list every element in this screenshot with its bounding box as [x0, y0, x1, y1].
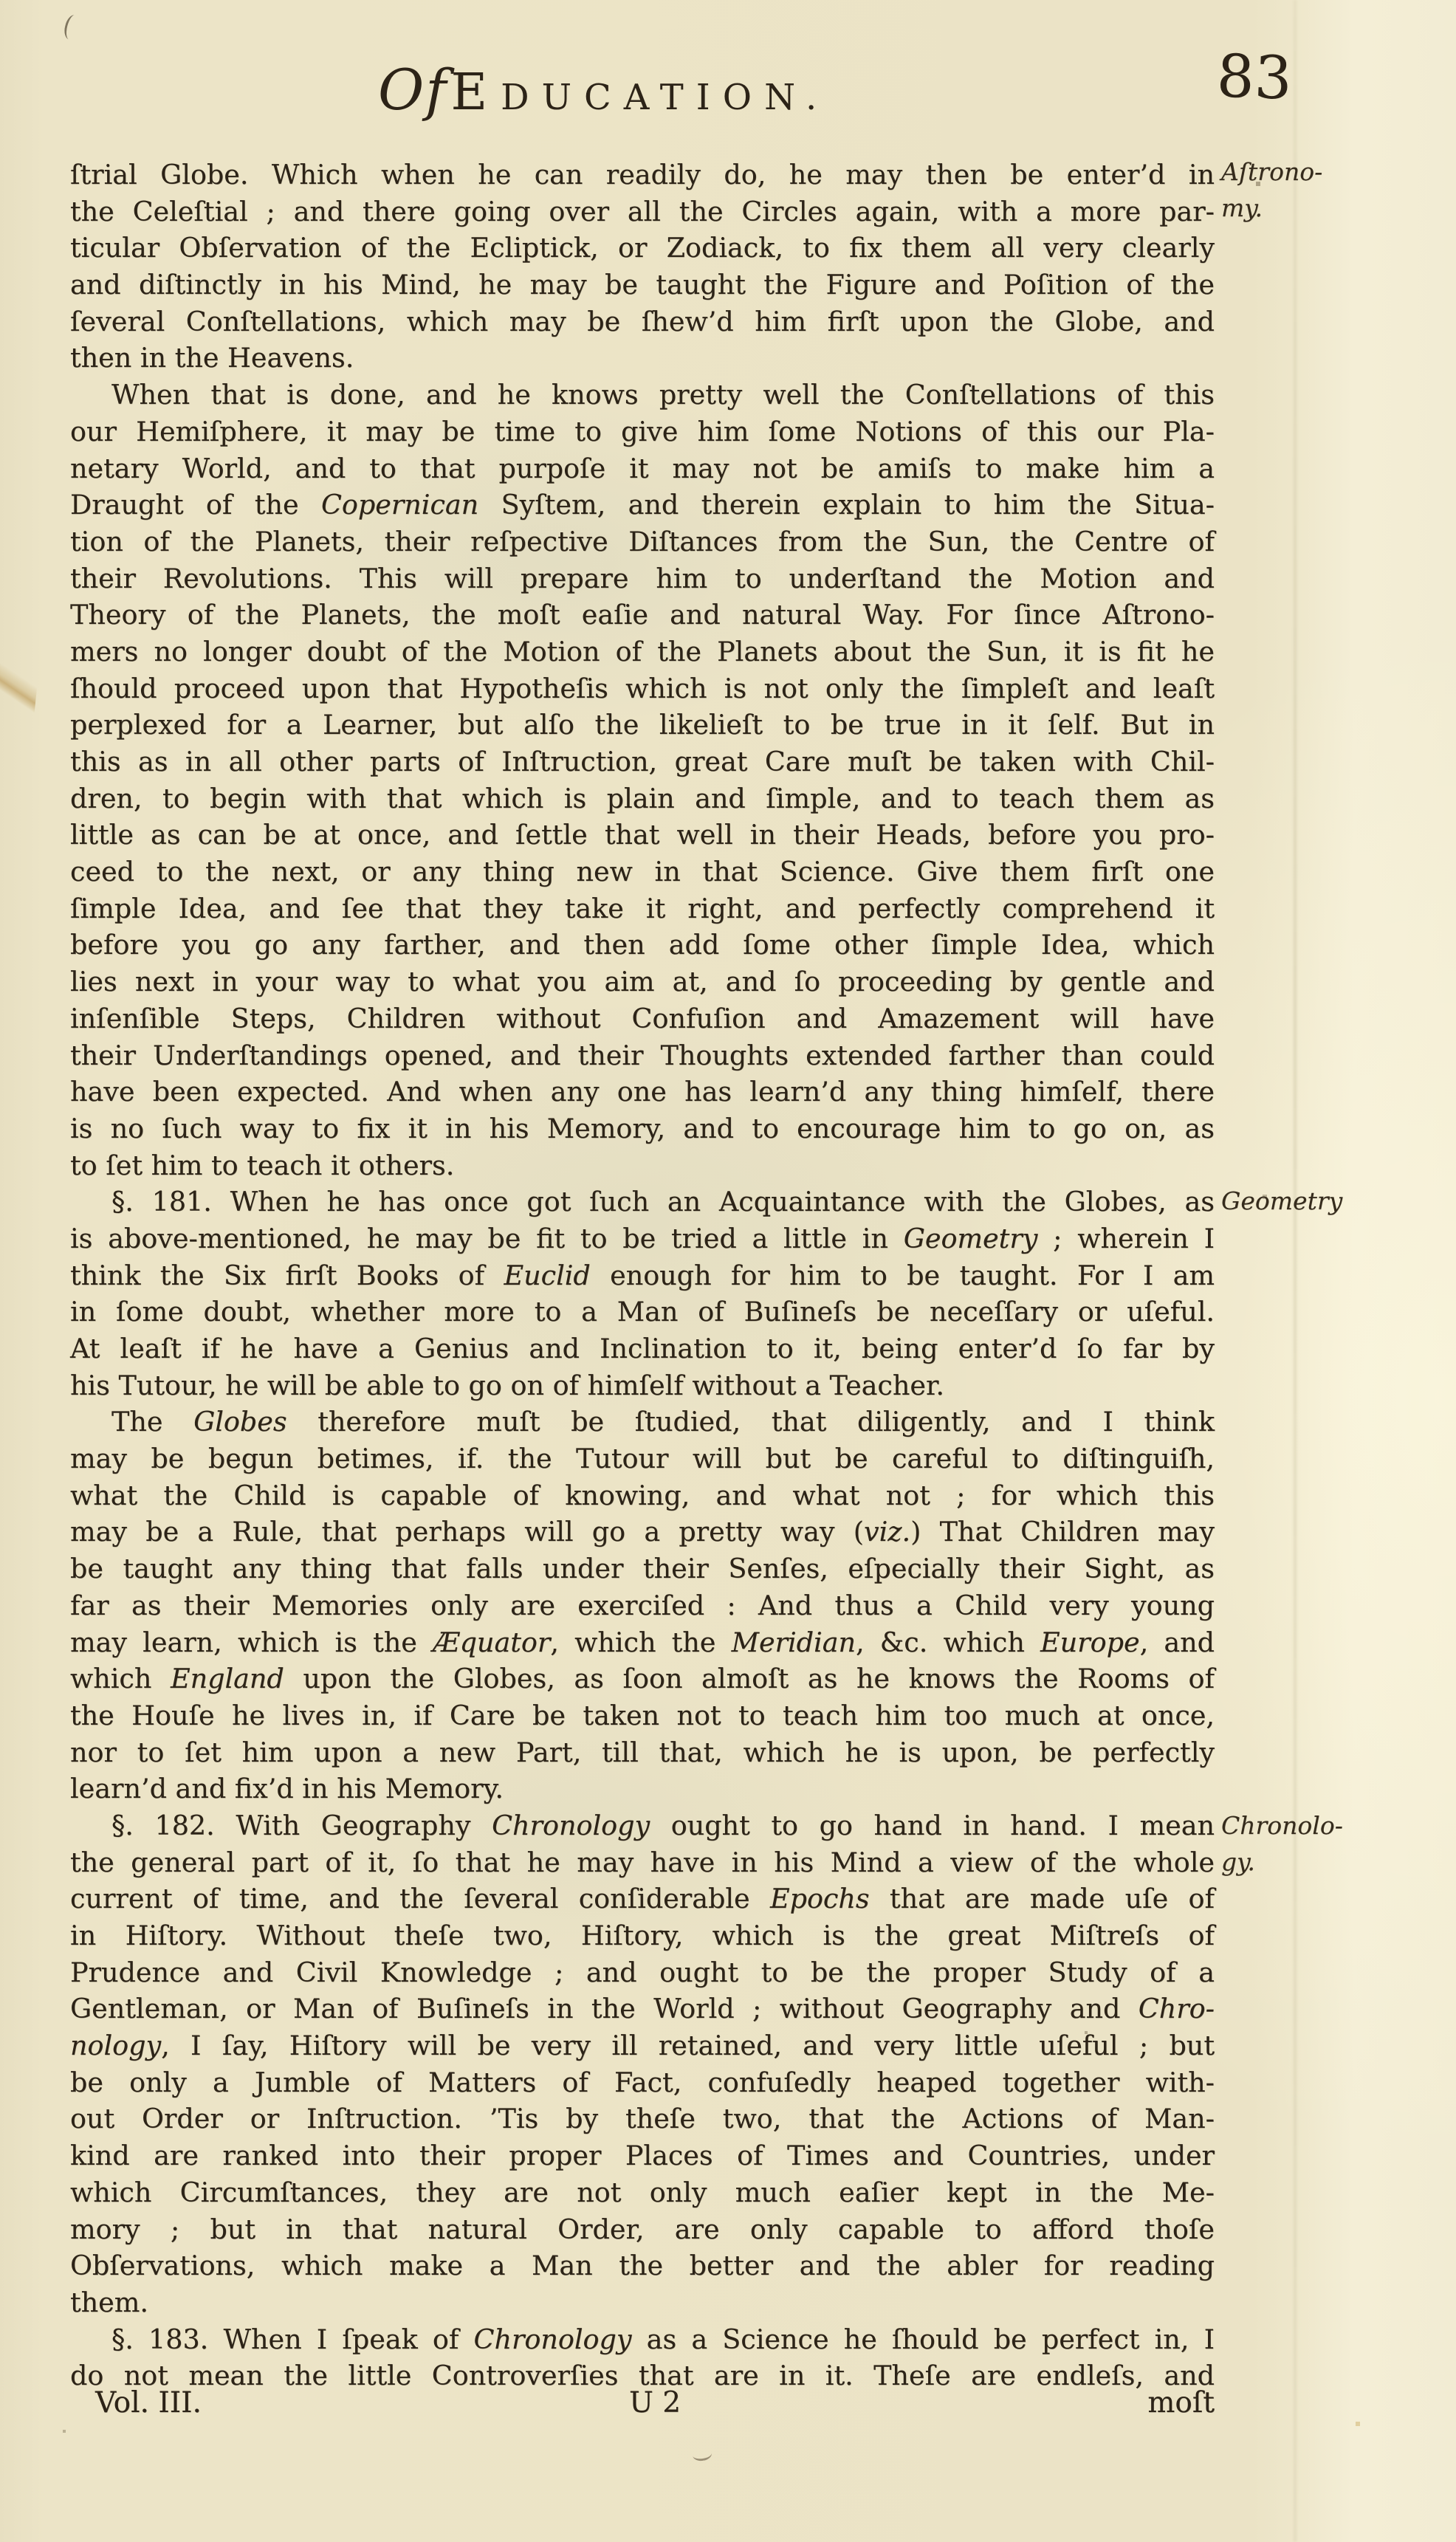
text: think the Six firſt Books of [70, 1260, 504, 1291]
text: is above-mentioned, he may be fit to be … [70, 1223, 904, 1254]
italic-text: viz. [864, 1516, 910, 1547]
margin-note-line: gy. [1221, 1844, 1443, 1880]
body-line: in ſome doubt, whether more to a Man of … [70, 1294, 1215, 1330]
text: perplexed for a Learner, but alſo the li… [70, 709, 1215, 741]
text: which [70, 1663, 171, 1694]
text: dren, to begin with that which is plain … [70, 783, 1215, 814]
text: , &c. which [856, 1626, 1040, 1658]
body-line: nor to ſet him upon a new Part, till tha… [70, 1734, 1215, 1771]
body-line: which England upon the Globes, as ſoon a… [70, 1660, 1215, 1697]
body-line: is above-mentioned, he may be fit to be … [70, 1220, 1215, 1257]
text: is no ſuch way to fix it in his Memory, … [70, 1113, 1215, 1144]
text: have been expected. And when any one has… [70, 1076, 1215, 1107]
italic-text: England [171, 1663, 284, 1694]
text: Theory of the Planets, the moſt eaſie an… [70, 599, 1215, 631]
body-line: may learn, which is the Æquator, which t… [70, 1624, 1215, 1661]
catchword: moſt [842, 2386, 1215, 2419]
margin-note: Aſtrono-my. [1221, 154, 1443, 226]
text: enough for him to be taught. For I am [591, 1260, 1215, 1291]
body-line: Draught of the Copernican Syſtem, and th… [70, 487, 1215, 523]
italic-text: Chronology [474, 2323, 632, 2355]
body-line: §. 182. With Geography Chronology ought … [70, 1807, 1215, 1844]
text: his Tutour, he will be able to go on of … [70, 1370, 944, 1401]
text: nor to ſet him upon a new Part, till tha… [70, 1737, 1215, 1768]
signature-mark: U 2 [468, 2386, 841, 2419]
text: Syſtem, and therein explain to him the S… [478, 489, 1215, 521]
text: netary World, and to that purpoſe it may… [70, 453, 1215, 484]
body-line: think the Six firſt Books of Euclid enou… [70, 1257, 1215, 1294]
text: ſhould proceed upon that Hypotheſis whic… [70, 673, 1215, 704]
text: therefore muſt be ſtudied, that diligent… [287, 1406, 1215, 1437]
body-line: mers no longer doubt of the Motion of th… [70, 633, 1215, 670]
text: tion of the Planets, their reſpective Di… [70, 526, 1215, 557]
text: our Hemiſphere, it may be time to give h… [70, 416, 1215, 447]
text: little as can be at once, and ſettle tha… [70, 819, 1215, 851]
text: lies next in your way to what you aim at… [70, 966, 1215, 997]
margin-note-line: Chronolo- [1221, 1807, 1443, 1844]
body-line: little as can be at once, and ſettle tha… [70, 817, 1215, 853]
body-line: kind are ranked into their proper Places… [70, 2137, 1215, 2174]
text: out Order or Inſtruction. ’Tis by theſe … [70, 2103, 1215, 2134]
text: what the Child is capable of knowing, an… [70, 1480, 1215, 1511]
body-line: in Hiſtory. Without theſe two, Hiſtory, … [70, 1917, 1215, 1954]
italic-text: Globes [193, 1406, 287, 1437]
body-line: When that is done, and he knows pretty w… [70, 377, 1215, 413]
body-line: what the Child is capable of knowing, an… [70, 1477, 1215, 1514]
body-line: be taught any thing that falls under the… [70, 1550, 1215, 1587]
text: that are made uſe of [870, 1883, 1215, 1914]
text: learn’d and fix’d in his Memory. [70, 1773, 504, 1804]
text: may be begun betimes, if. the Tutour wil… [70, 1443, 1215, 1474]
body-line: ſhould proceed upon that Hypotheſis whic… [70, 670, 1215, 707]
body-line: Theory of the Planets, the moſt eaſie an… [70, 597, 1215, 633]
body-line: Gentleman, or Man of Buſineſs in the Wor… [70, 1990, 1215, 2027]
body-line: his Tutour, he will be able to go on of … [70, 1367, 1215, 1404]
text: them. [70, 2287, 148, 2318]
text: inſenſible Steps, Children without Confu… [70, 1003, 1215, 1034]
body-line: ticular Obſervation of the Ecliptick, or… [70, 230, 1215, 267]
body-line: them. [70, 2284, 1215, 2321]
text: mers no longer doubt of the Motion of th… [70, 636, 1215, 667]
volume-label: Vol. III. [70, 2386, 468, 2419]
text: then in the Heavens. [70, 342, 354, 374]
text: §. 182. With Geography [111, 1810, 492, 1841]
page-crease [1294, 0, 1297, 2542]
body-line: ſeveral Conſtellations, which may be ſhe… [70, 303, 1215, 340]
body-line: ſtrial Globe. Which when he can readily … [70, 157, 1215, 193]
text: ticular Obſervation of the Ecliptick, or… [70, 232, 1215, 264]
text: The [111, 1406, 193, 1437]
italic-text: Chro- [1139, 1993, 1215, 2024]
body-line: which Circumſtances, they are not only m… [70, 2174, 1215, 2211]
text: and diſtinctly in his Mind, he may be ta… [70, 269, 1215, 300]
margin-note: Geometry [1221, 1183, 1443, 1219]
italic-text: Æquator [433, 1626, 550, 1658]
text: ſtrial Globe. Which when he can readily … [70, 159, 1215, 190]
body-line: have been expected. And when any one has… [70, 1074, 1215, 1110]
page-number: 83 [1215, 41, 1293, 112]
text: this as in all other parts of Inſtructio… [70, 746, 1215, 777]
margin-note: Chronolo-gy. [1221, 1807, 1443, 1880]
paper-mark [62, 13, 82, 41]
body-line: Prudence and Civil Knowledge ; and ought… [70, 1954, 1215, 1991]
body-line: the Houſe he lives in, if Care be taken … [70, 1697, 1215, 1734]
text: ought to go hand in hand. I mean [650, 1810, 1215, 1841]
body-line: lies next in your way to what you aim at… [70, 963, 1215, 1000]
text: ) That Children may [910, 1516, 1215, 1547]
text: may learn, which is the [70, 1626, 433, 1658]
text: §. 183. When I ſpeak of [111, 2323, 474, 2355]
text: the general part of it, ſo that he may h… [70, 1847, 1215, 1878]
body-line: the general part of it, ſo that he may h… [70, 1844, 1215, 1881]
body-line: §. 183. When I ſpeak of Chronology as a … [70, 2321, 1215, 2358]
body-line: §. 181. When he has once got ſuch an Acq… [70, 1184, 1215, 1220]
body-line: out Order or Inſtruction. ’Tis by theſe … [70, 2100, 1215, 2137]
margin-note-line: my. [1221, 190, 1443, 226]
text: as a Science he ſhould be perfect in, I [632, 2323, 1215, 2355]
italic-text: Copernican [321, 489, 478, 521]
body-line: is no ſuch way to fix it in his Memory, … [70, 1110, 1215, 1147]
text: to ſet him to teach it others. [70, 1150, 454, 1181]
text: ; wherein I [1037, 1223, 1215, 1254]
italic-text: Epochs [770, 1883, 870, 1914]
margin-note-line: Geometry [1221, 1183, 1443, 1219]
page-footer: Vol. III. U 2 moſt [70, 2386, 1215, 2419]
title-of-word: Of [378, 57, 447, 123]
body-line: to ſet him to teach it others. [70, 1147, 1215, 1184]
body-line: dren, to begin with that which is plain … [70, 780, 1215, 817]
body-line: inſenſible Steps, Children without Confu… [70, 1000, 1215, 1037]
body-line: our Hemiſphere, it may be time to give h… [70, 413, 1215, 450]
text: the Houſe he lives in, if Care be taken … [70, 1700, 1215, 1731]
body-line: The Globes therefore muſt be ſtudied, th… [70, 1404, 1215, 1440]
body-line: netary World, and to that purpoſe it may… [70, 450, 1215, 487]
italic-text: nology [70, 2030, 161, 2061]
body-line: this as in all other parts of Inſtructio… [70, 743, 1215, 780]
text: Obſervations, which make a Man the bette… [70, 2250, 1215, 2281]
title-rest: DUCATION. [501, 77, 829, 118]
body-line: nology, I ſay, Hiſtory will be very ill … [70, 2027, 1215, 2064]
text: When that is done, and he knows pretty w… [111, 379, 1215, 411]
text: in Hiſtory. Without theſe two, Hiſtory, … [70, 1920, 1215, 1951]
text: , which the [550, 1626, 731, 1658]
body-line: ſimple Idea, and ſee that they take it r… [70, 890, 1215, 927]
text: the Celeſtial ; and there going over all… [70, 196, 1215, 227]
body-line: be only a Jumble of Matters of Fact, con… [70, 2064, 1215, 2101]
text: , I ſay, Hiſtory will be very ill retain… [161, 2030, 1215, 2061]
italic-text: Meridian [732, 1626, 856, 1658]
text: kind are ranked into their proper Places… [70, 2140, 1215, 2171]
text: far as their Memories only are exerciſed… [70, 1590, 1215, 1621]
text: Prudence and Civil Knowledge ; and ought… [70, 1957, 1215, 1988]
text: ſimple Idea, and ſee that they take it r… [70, 893, 1215, 924]
body-line: At leaſt if he have a Genius and Inclina… [70, 1330, 1215, 1367]
body-line: the Celeſtial ; and there going over all… [70, 193, 1215, 230]
body-line: mory ; but in that natural Order, are on… [70, 2211, 1215, 2248]
italic-text: Euclid [504, 1260, 590, 1291]
body-line: far as their Memories only are exerciſed… [70, 1587, 1215, 1624]
body-line: their Underſtandings opened, and their T… [70, 1037, 1215, 1074]
body-line: perplexed for a Learner, but alſo the li… [70, 707, 1215, 743]
italic-text: Europe [1040, 1626, 1140, 1658]
paper-scratch-mark [0, 630, 43, 745]
text: Gentleman, or Man of Buſineſs in the Wor… [70, 1993, 1139, 2024]
title-initial: E [450, 63, 501, 122]
page-title: OfEDUCATION. [378, 62, 829, 122]
body-line: their Revolutions. This will prepare him… [70, 560, 1215, 597]
text: upon the Globes, as ſoon almoſt as he kn… [284, 1663, 1215, 1694]
text: §. 181. When he has once got ſuch an Acq… [111, 1186, 1215, 1217]
text: ſeveral Conſtellations, which may be ſhe… [70, 306, 1215, 337]
body-line: tion of the Planets, their reſpective Di… [70, 523, 1215, 560]
text: may be a Rule, that perhaps will go a pr… [70, 1516, 864, 1547]
text: their Revolutions. This will prepare him… [70, 563, 1215, 594]
body-line: Obſervations, which make a Man the bette… [70, 2247, 1215, 2284]
text: , and [1140, 1626, 1215, 1658]
text: be taught any thing that falls under the… [70, 1553, 1215, 1584]
body-line: current of time, and the ſeveral conſide… [70, 1880, 1215, 1917]
text: ceed to the next, or any thing new in th… [70, 856, 1215, 887]
text: mory ; but in that natural Order, are on… [70, 2213, 1215, 2245]
text: Draught of the [70, 489, 321, 521]
text: At leaſt if he have a Genius and Inclina… [70, 1333, 1215, 1364]
text: in ſome doubt, whether more to a Man of … [70, 1296, 1215, 1327]
body-line: before you go any farther, and then add … [70, 927, 1215, 963]
body-line: then in the Heavens. [70, 340, 1215, 377]
text: current of time, and the ſeveral conſide… [70, 1883, 770, 1914]
italic-text: Chronology [492, 1810, 650, 1841]
margin-note-line: Aſtrono- [1221, 154, 1443, 190]
body-line: may be a Rule, that perhaps will go a pr… [70, 1514, 1215, 1550]
text: which Circumſtances, they are not only m… [70, 2177, 1215, 2208]
body-line: and diſtinctly in his Mind, he may be ta… [70, 267, 1215, 303]
text: before you go any farther, and then add … [70, 929, 1215, 961]
book-page-scan: OfEDUCATION. 83 ſtrial Globe. Which when… [0, 0, 1456, 2542]
body-line: ceed to the next, or any thing new in th… [70, 853, 1215, 890]
italic-text: Geometry [904, 1223, 1038, 1254]
body-line: learn’d and fix’d in his Memory. [70, 1770, 1215, 1807]
text: be only a Jumble of Matters of Fact, con… [70, 2067, 1215, 2098]
text: their Underſtandings opened, and their T… [70, 1040, 1215, 1071]
paper-mark [692, 2447, 712, 2462]
body-text: ſtrial Globe. Which when he can readily … [70, 157, 1215, 2394]
body-line: may be begun betimes, if. the Tutour wil… [70, 1440, 1215, 1477]
paper-specks [0, 0, 1, 1]
